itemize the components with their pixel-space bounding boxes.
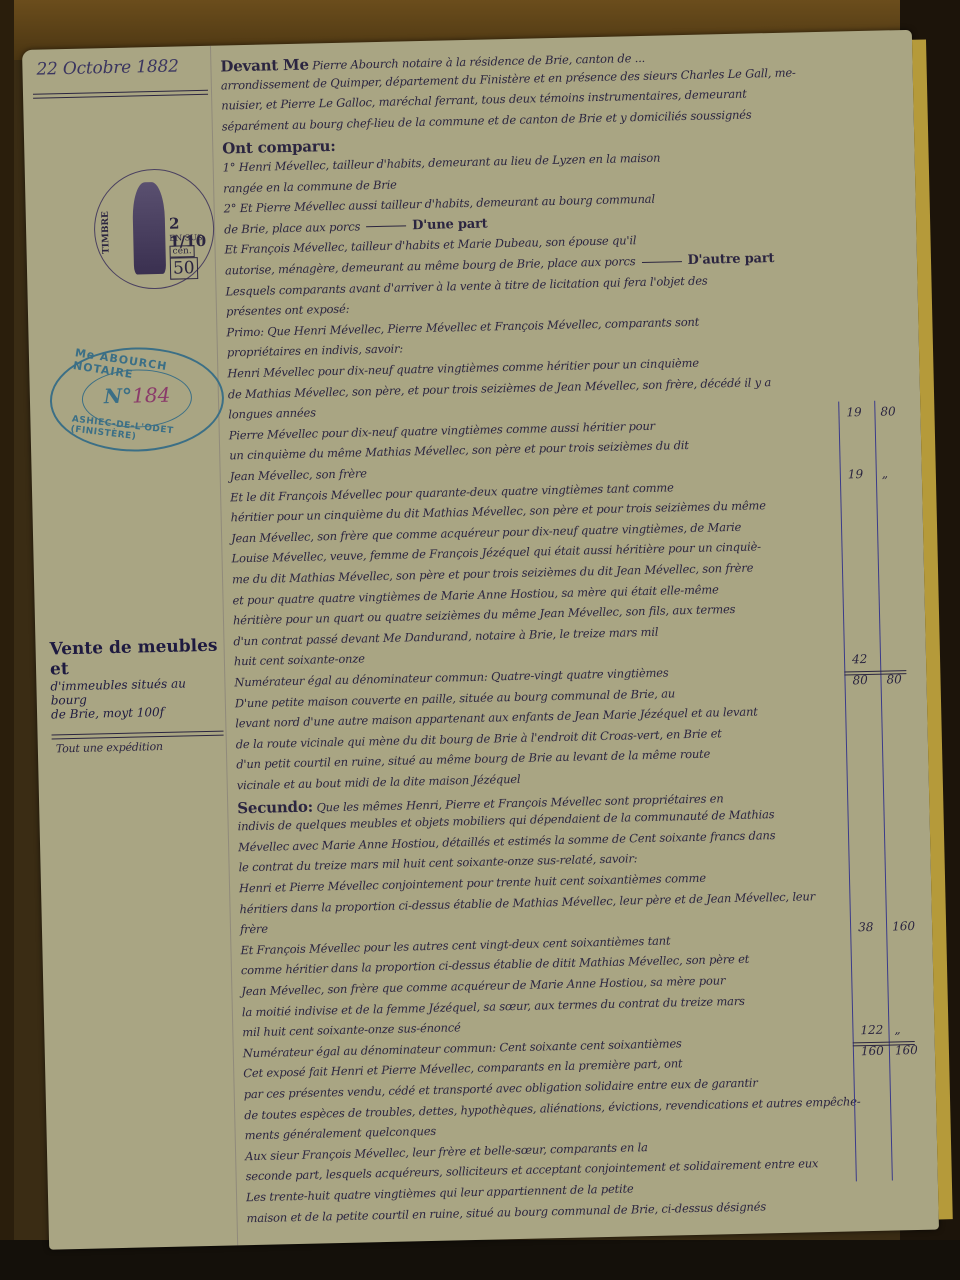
document-line: D'une petite maison couverte en paille, … [235, 686, 675, 710]
stamp-cen: cen. [169, 245, 194, 258]
document-line: 2° Et Pierre Mévellec aussi tailleur d'h… [223, 192, 655, 216]
line-text: autorise, ménagère, demeurant au même bo… [225, 254, 636, 277]
margin-title-line-1: Vente de meubles et [49, 636, 225, 680]
notary-seal: Me ABOURCH NOTAIRE N°184 ASHIEC-DE-L'ODE… [49, 346, 225, 454]
party-label: D'une part [412, 216, 488, 233]
line-text: la moitié indivise et de la femme Jézéqu… [242, 993, 745, 1018]
background-left [0, 0, 14, 1280]
ledger-amount: 19 [846, 405, 862, 419]
document-line: maison et de la petite courtil en ruine,… [246, 1199, 766, 1225]
document-line: Cet exposé fait Henri et Pierre Mévellec… [243, 1057, 682, 1081]
line-text: Les trente-huit quatre vingtièmes qui le… [246, 1181, 634, 1204]
amount-ledger: 198019„42808038160122„160160 [838, 400, 900, 401]
document-line: mil huit cent soixante-onze sus-énoncé [242, 1020, 461, 1039]
line-text: Mévellec avec Marie Anne Hostiou, détail… [238, 828, 775, 854]
document-line: Numérateur égal au dénominateur commun: … [243, 1036, 682, 1060]
line-text: d'un petit courtil en ruine, situé au mê… [236, 747, 710, 772]
line-text: de Mathias Mévellec, son père, et pour t… [228, 375, 771, 401]
document-line: Les trente-huit quatre vingtièmes qui le… [246, 1181, 634, 1204]
line-text: D'une petite maison couverte en paille, … [235, 686, 675, 710]
line-text: Henri et Pierre Mévellec conjointement p… [239, 871, 706, 896]
notary-number-prefix: N° [104, 384, 133, 409]
line-text: Numérateur égal au dénominateur commun: … [243, 1036, 682, 1060]
document-line: la moitié indivise et de la femme Jézéqu… [242, 993, 745, 1018]
document-line: le contrat du treize mars mil huit cent … [238, 852, 637, 875]
document-line: Aux sieur François Mévellec, leur frère … [245, 1140, 648, 1163]
line-text: mil huit cent soixante-onze sus-énoncé [242, 1020, 461, 1039]
line-text: 2° Et Pierre Mévellec aussi tailleur d'h… [223, 192, 655, 216]
line-text: Aux sieur François Mévellec, leur frère … [245, 1140, 648, 1163]
document-line: Et François Mévellec pour les autres cen… [240, 933, 670, 957]
ledger-column-rule [874, 401, 893, 1181]
document-line: longues années [228, 406, 316, 422]
ledger-denominator: „ [894, 1023, 901, 1037]
document-line: de Brie, place aux porcsD'une part [224, 216, 488, 237]
line-text: un cinquième du même Mathias Mévellec, s… [229, 438, 689, 462]
section-heading: Secundo: [237, 797, 313, 817]
document-line: propriétaires en indivis, savoir: [227, 342, 403, 360]
document-date: 22 Octobre 1882 [36, 56, 179, 79]
margin-note: Tout une expédition [56, 740, 163, 755]
document-line: Lesquels comparants avant d'arriver à la… [225, 273, 707, 298]
document-line: Numérateur égal au dénominateur commun: … [234, 665, 668, 689]
line-text: ments généralement quelconques [245, 1124, 437, 1142]
document-line: héritière pour un quart ou quatre seiziè… [233, 602, 736, 627]
line-text: Numérateur égal au dénominateur commun: … [234, 665, 668, 689]
document-line: un cinquième du même Mathias Mévellec, s… [229, 438, 689, 462]
tax-stamp: TIMBRE 2 1/10 EN SUS cen. 50 [93, 168, 216, 291]
document-line: séparément au bourg chef-lieu de la comm… [222, 107, 752, 133]
line-text: rangée en la commune de Brie [223, 177, 397, 195]
margin-title: Vente de meubles et d'immeubles situés a… [49, 636, 226, 722]
document-line: Henri et Pierre Mévellec conjointement p… [239, 871, 706, 896]
line-text: Pierre Mévellec pour dix-neuf quatre vin… [229, 419, 655, 443]
document-line: de Mathias Mévellec, son père, et pour t… [228, 375, 771, 401]
line-dash [366, 226, 406, 228]
ledger-denominator: „ [882, 466, 889, 480]
line-text: Primo: Que Henri Mévellec, Pierre Mévell… [226, 315, 699, 340]
document-line: Pierre Mévellec pour dix-neuf quatre vin… [229, 419, 655, 443]
line-text: d'un contrat passé devant Me Dandurand, … [233, 625, 658, 649]
margin-title-line-2: d'immeubles situés au bourg [50, 676, 226, 708]
line-text: Jean Mévellec, son frère [230, 466, 367, 483]
section-heading: Ont comparu: [222, 137, 336, 158]
document-line: ments généralement quelconques [245, 1124, 437, 1142]
line-text: héritière pour un quart ou quatre seiziè… [233, 602, 736, 627]
document-line: Ont comparu: [222, 137, 336, 158]
line-text: de Brie, place aux porcs [224, 219, 360, 236]
line-text: huit cent soixante-onze [234, 652, 365, 669]
section-heading: Devant Me [220, 55, 309, 75]
line-text: Lesquels comparants avant d'arriver à la… [225, 273, 707, 298]
document-line: d'un petit courtil en ruine, situé au mê… [236, 747, 710, 772]
line-dash [642, 261, 682, 263]
document-line: Jean Mévellec, son frère [230, 466, 367, 483]
line-text: Henri Mévellec pour dix-neuf quatre ving… [227, 356, 699, 381]
document-line: Primo: Que Henri Mévellec, Pierre Mévell… [226, 315, 699, 340]
line-text: frère [240, 922, 268, 937]
line-text: présentes ont exposé: [226, 302, 350, 319]
margin-title-underline [52, 731, 224, 740]
notary-seal-number: N°184 [104, 383, 171, 409]
ledger-denominator: 160 [892, 919, 915, 934]
document-line: Henri Mévellec pour dix-neuf quatre ving… [227, 356, 699, 381]
ledger-amount: 42 [852, 652, 868, 666]
stamp-label: TIMBRE [101, 211, 112, 254]
stamp-en-sus: EN SUS [169, 233, 202, 243]
line-text: longues années [228, 406, 316, 422]
document-page: 22 Octobre 1882 TIMBRE 2 1/10 EN SUS cen… [22, 30, 939, 1250]
document-line: Et François Mévellec, tailleur d'habits … [224, 234, 636, 257]
line-text: Et François Mévellec pour les autres cen… [240, 933, 670, 957]
document-line: Mévellec avec Marie Anne Hostiou, détail… [238, 828, 775, 854]
line-text: vicinale et au bout midi de la dite mais… [237, 772, 521, 792]
line-text: Et François Mévellec, tailleur d'habits … [224, 234, 636, 257]
ledger-amount: 38 [858, 920, 874, 934]
document-line: frère [240, 922, 268, 937]
document-line: rangée en la commune de Brie [223, 177, 397, 195]
document-line: présentes ont exposé: [226, 302, 350, 319]
document-line: huit cent soixante-onze [234, 652, 365, 669]
margin-title-line-3: de Brie, moyt 100f [51, 704, 226, 722]
ledger-denominator: 80 [880, 404, 896, 418]
notary-number-value: 184 [132, 383, 171, 408]
line-text: Et le dit François Mévellec pour quarant… [230, 480, 674, 504]
line-text: maison et de la petite courtil en ruine,… [246, 1199, 766, 1225]
line-text: séparément au bourg chef-lieu de la comm… [222, 107, 752, 133]
ledger-column-rule [838, 402, 857, 1182]
date-underline [33, 90, 208, 99]
line-text: le contrat du treize mars mil huit cent … [238, 852, 637, 875]
justice-figure-icon [132, 182, 166, 275]
line-text: propriétaires en indivis, savoir: [227, 342, 403, 360]
party-label: D'autre part [687, 251, 774, 268]
ledger-amount: 19 [848, 467, 864, 481]
document-line: vicinale et au bout midi de la dite mais… [237, 772, 521, 792]
stamp-value: 50 [170, 257, 198, 280]
document-line: Et le dit François Mévellec pour quarant… [230, 480, 674, 504]
document-line: d'un contrat passé devant Me Dandurand, … [233, 625, 658, 649]
line-text: Cet exposé fait Henri et Pierre Mévellec… [243, 1057, 682, 1081]
ledger-amount: 122 [860, 1023, 883, 1038]
